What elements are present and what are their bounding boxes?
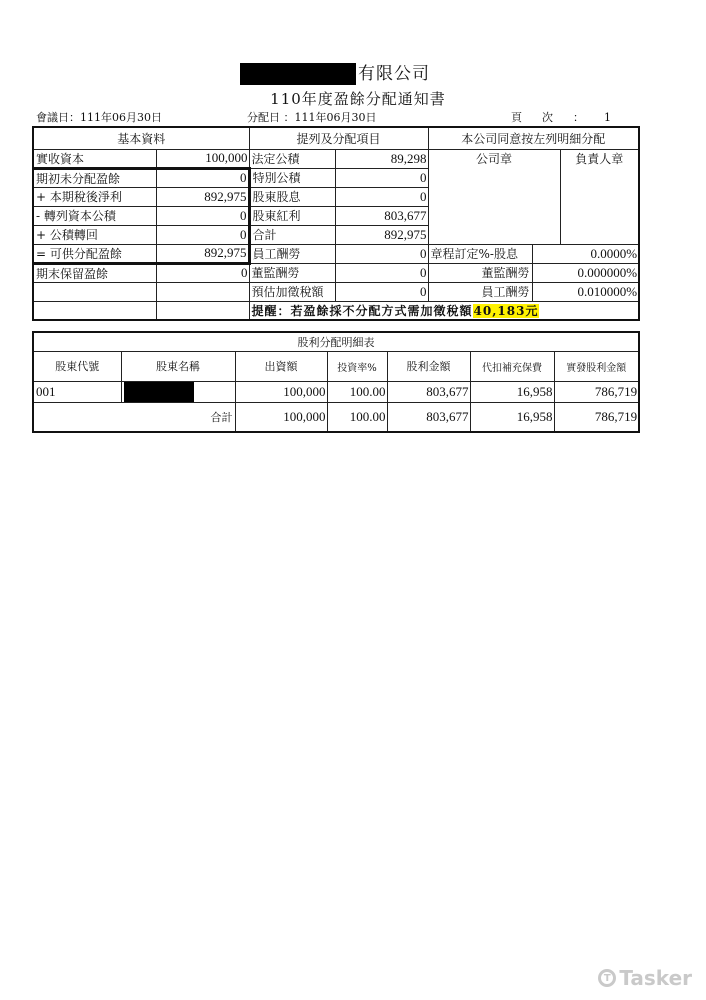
basic-label: = 可供分配盈餘 [33,244,156,263]
col-header-dividend: 股利金額 [387,351,470,381]
redacted-company-name [240,63,356,85]
col-header-premium: 代扣補充保費 [470,351,554,381]
col-header-shareholder-code: 股東代號 [33,351,121,381]
allocation-label: 法定公積 [249,149,335,168]
document-title: 110年度盈餘分配通知書 [0,88,706,109]
allocation-value: 0 [335,244,428,263]
responsible-seal-label: 負責人章 [575,152,623,166]
responsible-seal-box: 負責人章 [560,149,639,244]
col-header-net-dividend: 實發股利金額 [554,351,639,381]
basic-label: + 本期稅後淨利 [33,187,156,206]
basic-label: - 轉列資本公積 [33,206,156,225]
basic-value: 100,000 [156,149,249,168]
investment-rate: 100.00 [327,381,387,402]
allocation-value: 0 [335,187,428,206]
redacted-shareholder-name [124,382,194,402]
shareholder-name [121,381,235,402]
supplementary-premium: 16,958 [470,381,554,402]
rate-value: 0.0000% [532,244,639,263]
total-label: 合計 [33,402,235,432]
dividend-table-title: 股利分配明細表 [33,332,639,351]
watermark: T Tasker [598,966,692,990]
rate-label: 章程訂定%-股息 [428,244,532,263]
shareholder-code: 001 [33,381,121,402]
reminder-text: 提醒：若盈餘採不分配方式需加徵稅額 [252,304,473,318]
col-header-capital: 出資額 [235,351,327,381]
allocation-value: 89,298 [335,149,428,168]
basic-label: + 公積轉回 [33,225,156,244]
basic-value: 892,975 [156,187,249,206]
allocation-label: 董監酬勞 [249,263,335,282]
meeting-date: 會議日：111年06月30日 [36,109,162,125]
consent-header: 本公司同意按左列明細分配 [428,127,639,149]
company-seal-box: 公司章 [428,149,560,244]
dividend-amount: 803,677 [387,381,470,402]
empty-cell [33,301,156,320]
page-label: 頁次： [511,111,604,124]
allocation-label: 特別公積 [249,168,335,187]
basic-value: 0 [156,263,249,282]
rate-value: 0.010000% [532,282,639,301]
allocation-value: 0 [335,168,428,187]
allocation-label: 預估加徵稅額 [249,282,335,301]
rate-label: 董監酬勞 [428,263,532,282]
total-net-dividend: 786,719 [554,402,639,432]
allocation-header: 提列及分配項目 [249,127,428,149]
total-row: 合計 100,000 100.00 803,677 16,958 786,719 [33,402,639,432]
allocation-summary-table: 基本資料 提列及分配項目 本公司同意按左列明細分配 實收資本 100,000 法… [32,126,640,321]
watermark-text: Tasker [619,966,692,990]
basic-value: 0 [156,168,249,187]
basic-label: 期初未分配盈餘 [33,168,156,187]
col-header-shareholder-name: 股東名稱 [121,351,235,381]
allocation-label: 合計 [249,225,335,244]
total-premium: 16,958 [470,402,554,432]
table-row: 001 100,000 100.00 803,677 16,958 786,71… [33,381,639,402]
company-suffix: 有限公司 [358,62,430,86]
capital-amount: 100,000 [235,381,327,402]
reminder-amount: 40,183元 [473,304,540,318]
basic-label: 期末保留盈餘 [33,263,156,282]
page-indicator: 頁次：1 [511,109,611,125]
rate-label: 員工酬勞 [428,282,532,301]
dividend-detail-table: 股利分配明細表 股東代號 股東名稱 出資額 投資率% 股利金額 代扣補充保費 實… [32,331,640,433]
basic-label: 實收資本 [33,149,156,168]
company-name: 有限公司 [240,62,430,86]
total-rate: 100.00 [327,402,387,432]
tasker-logo-icon: T [598,969,616,987]
basic-value: 0 [156,225,249,244]
tax-reminder: 提醒：若盈餘採不分配方式需加徵稅額40,183元 [249,301,639,320]
empty-cell [156,282,249,301]
net-dividend: 786,719 [554,381,639,402]
basic-value: 892,975 [156,244,249,263]
page-number: 1 [604,111,611,124]
allocation-value: 892,975 [335,225,428,244]
company-seal-label: 公司章 [476,152,512,166]
distribution-date: 分配日 ：111年06月30日 [247,109,377,125]
rate-value: 0.000000% [532,263,639,282]
allocation-value: 0 [335,263,428,282]
empty-cell [156,301,249,320]
total-dividend: 803,677 [387,402,470,432]
allocation-value: 0 [335,282,428,301]
col-header-rate: 投資率% [327,351,387,381]
allocation-label: 股東紅利 [249,206,335,225]
empty-cell [33,282,156,301]
allocation-label: 股東股息 [249,187,335,206]
allocation-value: 803,677 [335,206,428,225]
basic-info-header: 基本資料 [33,127,249,149]
allocation-label: 員工酬勞 [249,244,335,263]
basic-value: 0 [156,206,249,225]
total-capital: 100,000 [235,402,327,432]
